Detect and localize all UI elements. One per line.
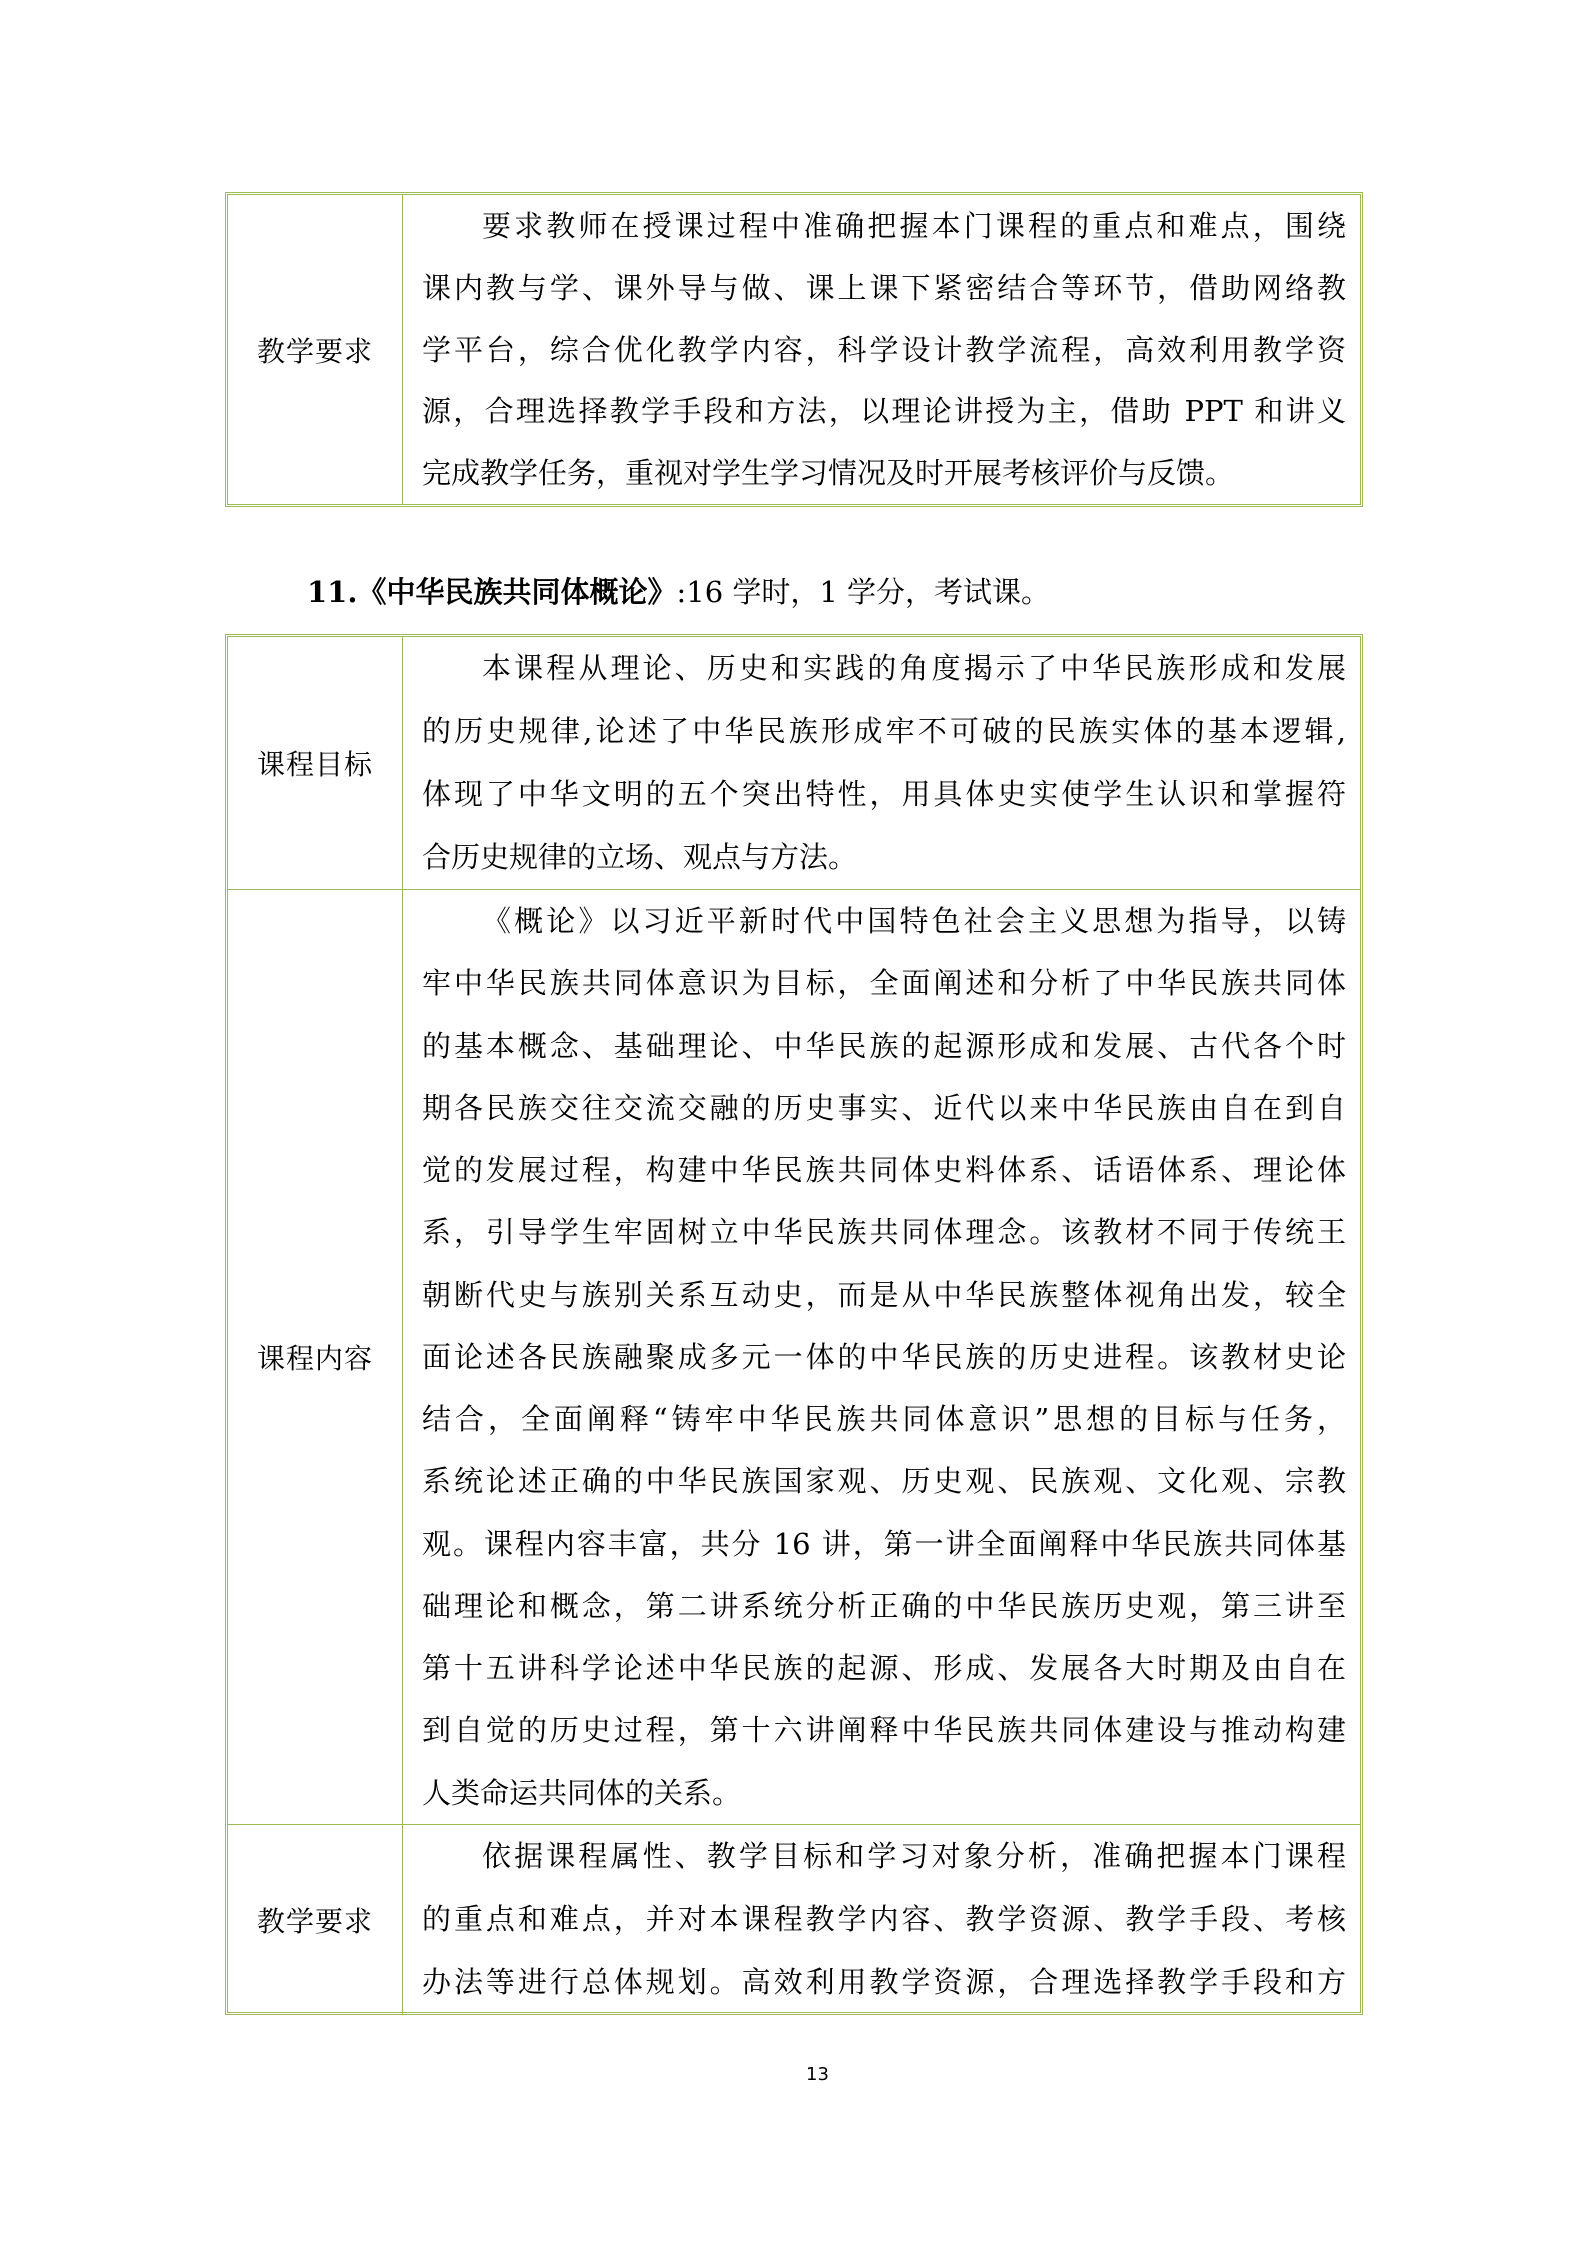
- course-heading: 11.《中华民族共同体概论》:16 学时，1 学分，考试课。: [307, 572, 1050, 612]
- text-line: 的重点和难点，并对本课程教学内容、教学资源、教学手段、考核: [422, 1888, 1346, 1951]
- text-line: 系统论述正确的中华民族国家观、历史观、民族观、文化观、宗教: [422, 1450, 1346, 1512]
- table-row-teaching-requirements: 教学要求 依据课程属性、教学目标和学习对象分析，准确把握本门课程 的重点和难点，…: [228, 1824, 1360, 2014]
- text-line: 人类命运共同体的关系。: [422, 1762, 1346, 1824]
- text-line: 依据课程属性、教学目标和学习对象分析，准确把握本门课程: [422, 1825, 1346, 1888]
- text-line: 到自觉的历史过程，第十六讲阐释中华民族共同体建设与推动构建: [422, 1699, 1346, 1761]
- text-line: 课内教与学、课外导与做、课上课下紧密结合等环节，借助网络教: [422, 257, 1346, 319]
- course-number: 11.: [307, 575, 357, 609]
- text-line: 观。课程内容丰富，共分 16 讲，第一讲全面阐释中华民族共同体基: [422, 1513, 1346, 1575]
- text-line: 的基本概念、基础理论、中华民族的起源形成和发展、古代各个时: [422, 1015, 1346, 1077]
- text-line: 系，引导学生牢固树立中华民族共同体理念。该教材不同于传统王: [422, 1201, 1346, 1263]
- text-line: 源，合理选择教学手段和方法，以理论讲授为主，借助 PPT 和讲义: [422, 380, 1346, 442]
- text-line: 牢中华民族共同体意识为目标，全面阐述和分析了中华民族共同体: [422, 952, 1346, 1014]
- row-label: 课程目标: [228, 637, 403, 889]
- text-line: 《概论》以习近平新时代中国特色社会主义思想为指导，以铸: [422, 890, 1346, 952]
- row-label: 教学要求: [228, 195, 403, 504]
- text-line: 面论述各民族融聚成多元一体的中华民族的历史进程。该教材史论: [422, 1326, 1346, 1388]
- course-title: 《中华民族共同体概论》: [357, 575, 676, 609]
- text-line: 觉的发展过程，构建中华民族共同体史料体系、话语体系、理论体: [422, 1139, 1346, 1201]
- text-line: 础理论和概念，第二讲系统分析正确的中华民族历史观，第三讲至: [422, 1575, 1346, 1637]
- text-line: 期各民族交往交流交融的历史事实、近代以来中华民族由自在到自: [422, 1077, 1346, 1139]
- row-content: 本课程从理论、历史和实践的角度揭示了中华民族形成和发展 的历史规律,论述了中华民…: [403, 637, 1360, 889]
- course-11-table: 课程目标 本课程从理论、历史和实践的角度揭示了中华民族形成和发展 的历史规律,论…: [225, 634, 1363, 2015]
- text-line: 朝断代史与族别关系互动史，而是从中华民族整体视角出发，较全: [422, 1264, 1346, 1326]
- table-row-teaching-requirements: 教学要求 要求教师在授课过程中准确把握本门课程的重点和难点，围绕 课内教与学、课…: [228, 195, 1360, 504]
- table-row-course-objectives: 课程目标 本课程从理论、历史和实践的角度揭示了中华民族形成和发展 的历史规律,论…: [228, 637, 1360, 889]
- document-page: 教学要求 要求教师在授课过程中准确把握本门课程的重点和难点，围绕 课内教与学、课…: [0, 0, 1587, 2245]
- text-line: 本课程从理论、历史和实践的角度揭示了中华民族形成和发展: [422, 637, 1346, 700]
- table-row-course-content: 课程内容 《概论》以习近平新时代中国特色社会主义思想为指导，以铸 牢中华民族共同…: [228, 889, 1360, 1824]
- page-number: 13: [806, 2064, 829, 2086]
- row-content: 《概论》以习近平新时代中国特色社会主义思想为指导，以铸 牢中华民族共同体意识为目…: [403, 890, 1360, 1824]
- text-line: 的历史规律,论述了中华民族形成牢不可破的民族实体的基本逻辑,: [422, 700, 1346, 763]
- text-line: 体现了中华文明的五个突出特性，用具体史实使学生认识和掌握符: [422, 763, 1346, 826]
- text-line: 第十五讲科学论述中华民族的起源、形成、发展各大时期及由自在: [422, 1637, 1346, 1699]
- text-line: 办法等进行总体规划。高效利用教学资源，合理选择教学手段和方: [422, 1951, 1346, 2014]
- row-content: 依据课程属性、教学目标和学习对象分析，准确把握本门课程 的重点和难点，并对本课程…: [403, 1825, 1360, 2014]
- text-line: 学平台，综合优化教学内容，科学设计教学流程，高效利用教学资: [422, 319, 1346, 381]
- row-label: 课程内容: [228, 890, 403, 1824]
- text-line: 合历史规律的立场、观点与方法。: [422, 826, 1346, 889]
- text-line: 完成教学任务，重视对学生学习情况及时开展考核评价与反馈。: [422, 442, 1346, 504]
- row-content: 要求教师在授课过程中准确把握本门课程的重点和难点，围绕 课内教与学、课外导与做、…: [403, 195, 1360, 504]
- course-10-table: 教学要求 要求教师在授课过程中准确把握本门课程的重点和难点，围绕 课内教与学、课…: [225, 192, 1363, 507]
- course-details: :16 学时，1 学分，考试课。: [676, 575, 1050, 609]
- text-line: 结合，全面阐释“铸牢中华民族共同体意识”思想的目标与任务，: [422, 1388, 1346, 1450]
- row-label: 教学要求: [228, 1825, 403, 2014]
- text-line: 要求教师在授课过程中准确把握本门课程的重点和难点，围绕: [422, 195, 1346, 257]
